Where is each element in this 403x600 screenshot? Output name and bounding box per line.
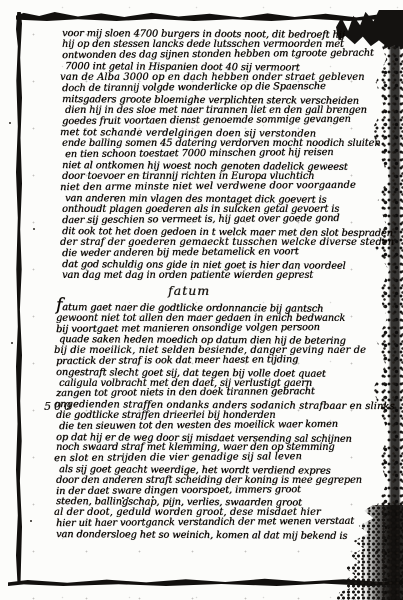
ink-speck <box>33 228 35 230</box>
manuscript-line: en slot en strijden die vier genadige si… <box>54 452 392 465</box>
manuscript-line: met tot schande verdelgingen doen sij ve… <box>60 127 392 140</box>
manuscript-line: daer sij geschien so vermeet is, hij gae… <box>62 212 392 226</box>
manuscript-line: ongestraft slecht goet sij, dat tegen bi… <box>56 368 392 381</box>
manuscript-line: dit ook tot het doen gedoen in t welck m… <box>62 226 392 239</box>
manuscript-line: fatum gaet naer die godtlicke ordonnanci… <box>56 300 392 316</box>
manuscript-line: die weder anderen bij mede betamelick en… <box>62 245 392 259</box>
manuscript-line: van anderen min vlagen des montaget dick… <box>65 193 392 206</box>
manuscript-line: niet al ontkomen hij woest noch genoten … <box>62 160 392 173</box>
manuscript-line: voor mij sloen 4700 burgers in doots noo… <box>62 28 392 41</box>
manuscript-line: 7000 int getal in Hispanien doot 40 sij … <box>65 61 392 74</box>
scanned-manuscript-page: voor mij sloen 4700 burgers in doots noo… <box>0 0 403 600</box>
manuscript-line: op dat hij er de weg door sij misdaet ve… <box>56 433 392 446</box>
ink-speck <box>11 342 13 344</box>
manuscript-line: doch de tirannij volgde wonderlicke op d… <box>62 80 392 94</box>
manuscript-line: dat god schuldig ons gide in niet goet i… <box>62 259 392 272</box>
ink-speck <box>9 122 11 124</box>
margin-number: 500 <box>44 400 74 413</box>
page-border-top <box>16 12 403 21</box>
manuscript-line: ongedienden straffen ondanks anders soda… <box>54 400 392 413</box>
manuscript-line: niet den arme minste niet wel verdwene d… <box>60 179 392 193</box>
manuscript-line: hier uit haer voortganck verstandich der… <box>56 516 392 529</box>
page-border-left <box>16 12 22 584</box>
manuscript-line: mitsgaders groote bloemighe verplichten … <box>62 94 392 107</box>
ink-speck <box>30 520 32 522</box>
manuscript-line: zangen tot groot niets in den doek tiran… <box>56 387 392 400</box>
section-heading: fatum <box>168 283 210 298</box>
manuscript-text-block-1: voor mij sloen 4700 burgers in doots noo… <box>62 28 392 281</box>
manuscript-line: goedes fruit voortaen dienst genoemde so… <box>62 113 392 127</box>
manuscript-line: ontwonden des dag sijnen stonden hebben … <box>62 47 392 61</box>
manuscript-line: en tien schoon toestaet 7000 minschen gr… <box>65 146 392 160</box>
manuscript-line: als sij goet geacht weerdige, het wordt … <box>59 465 392 478</box>
manuscript-line: van dondersloeg het so weinich, komen al… <box>56 530 392 543</box>
manuscript-line: practick der straf is ook dat meer haest… <box>56 354 392 367</box>
manuscript-text-block-2: fatum gaet naer die godtlicke ordonnanci… <box>56 300 392 541</box>
manuscript-line: die ten sieuwen tot den westen des moeil… <box>59 419 392 432</box>
